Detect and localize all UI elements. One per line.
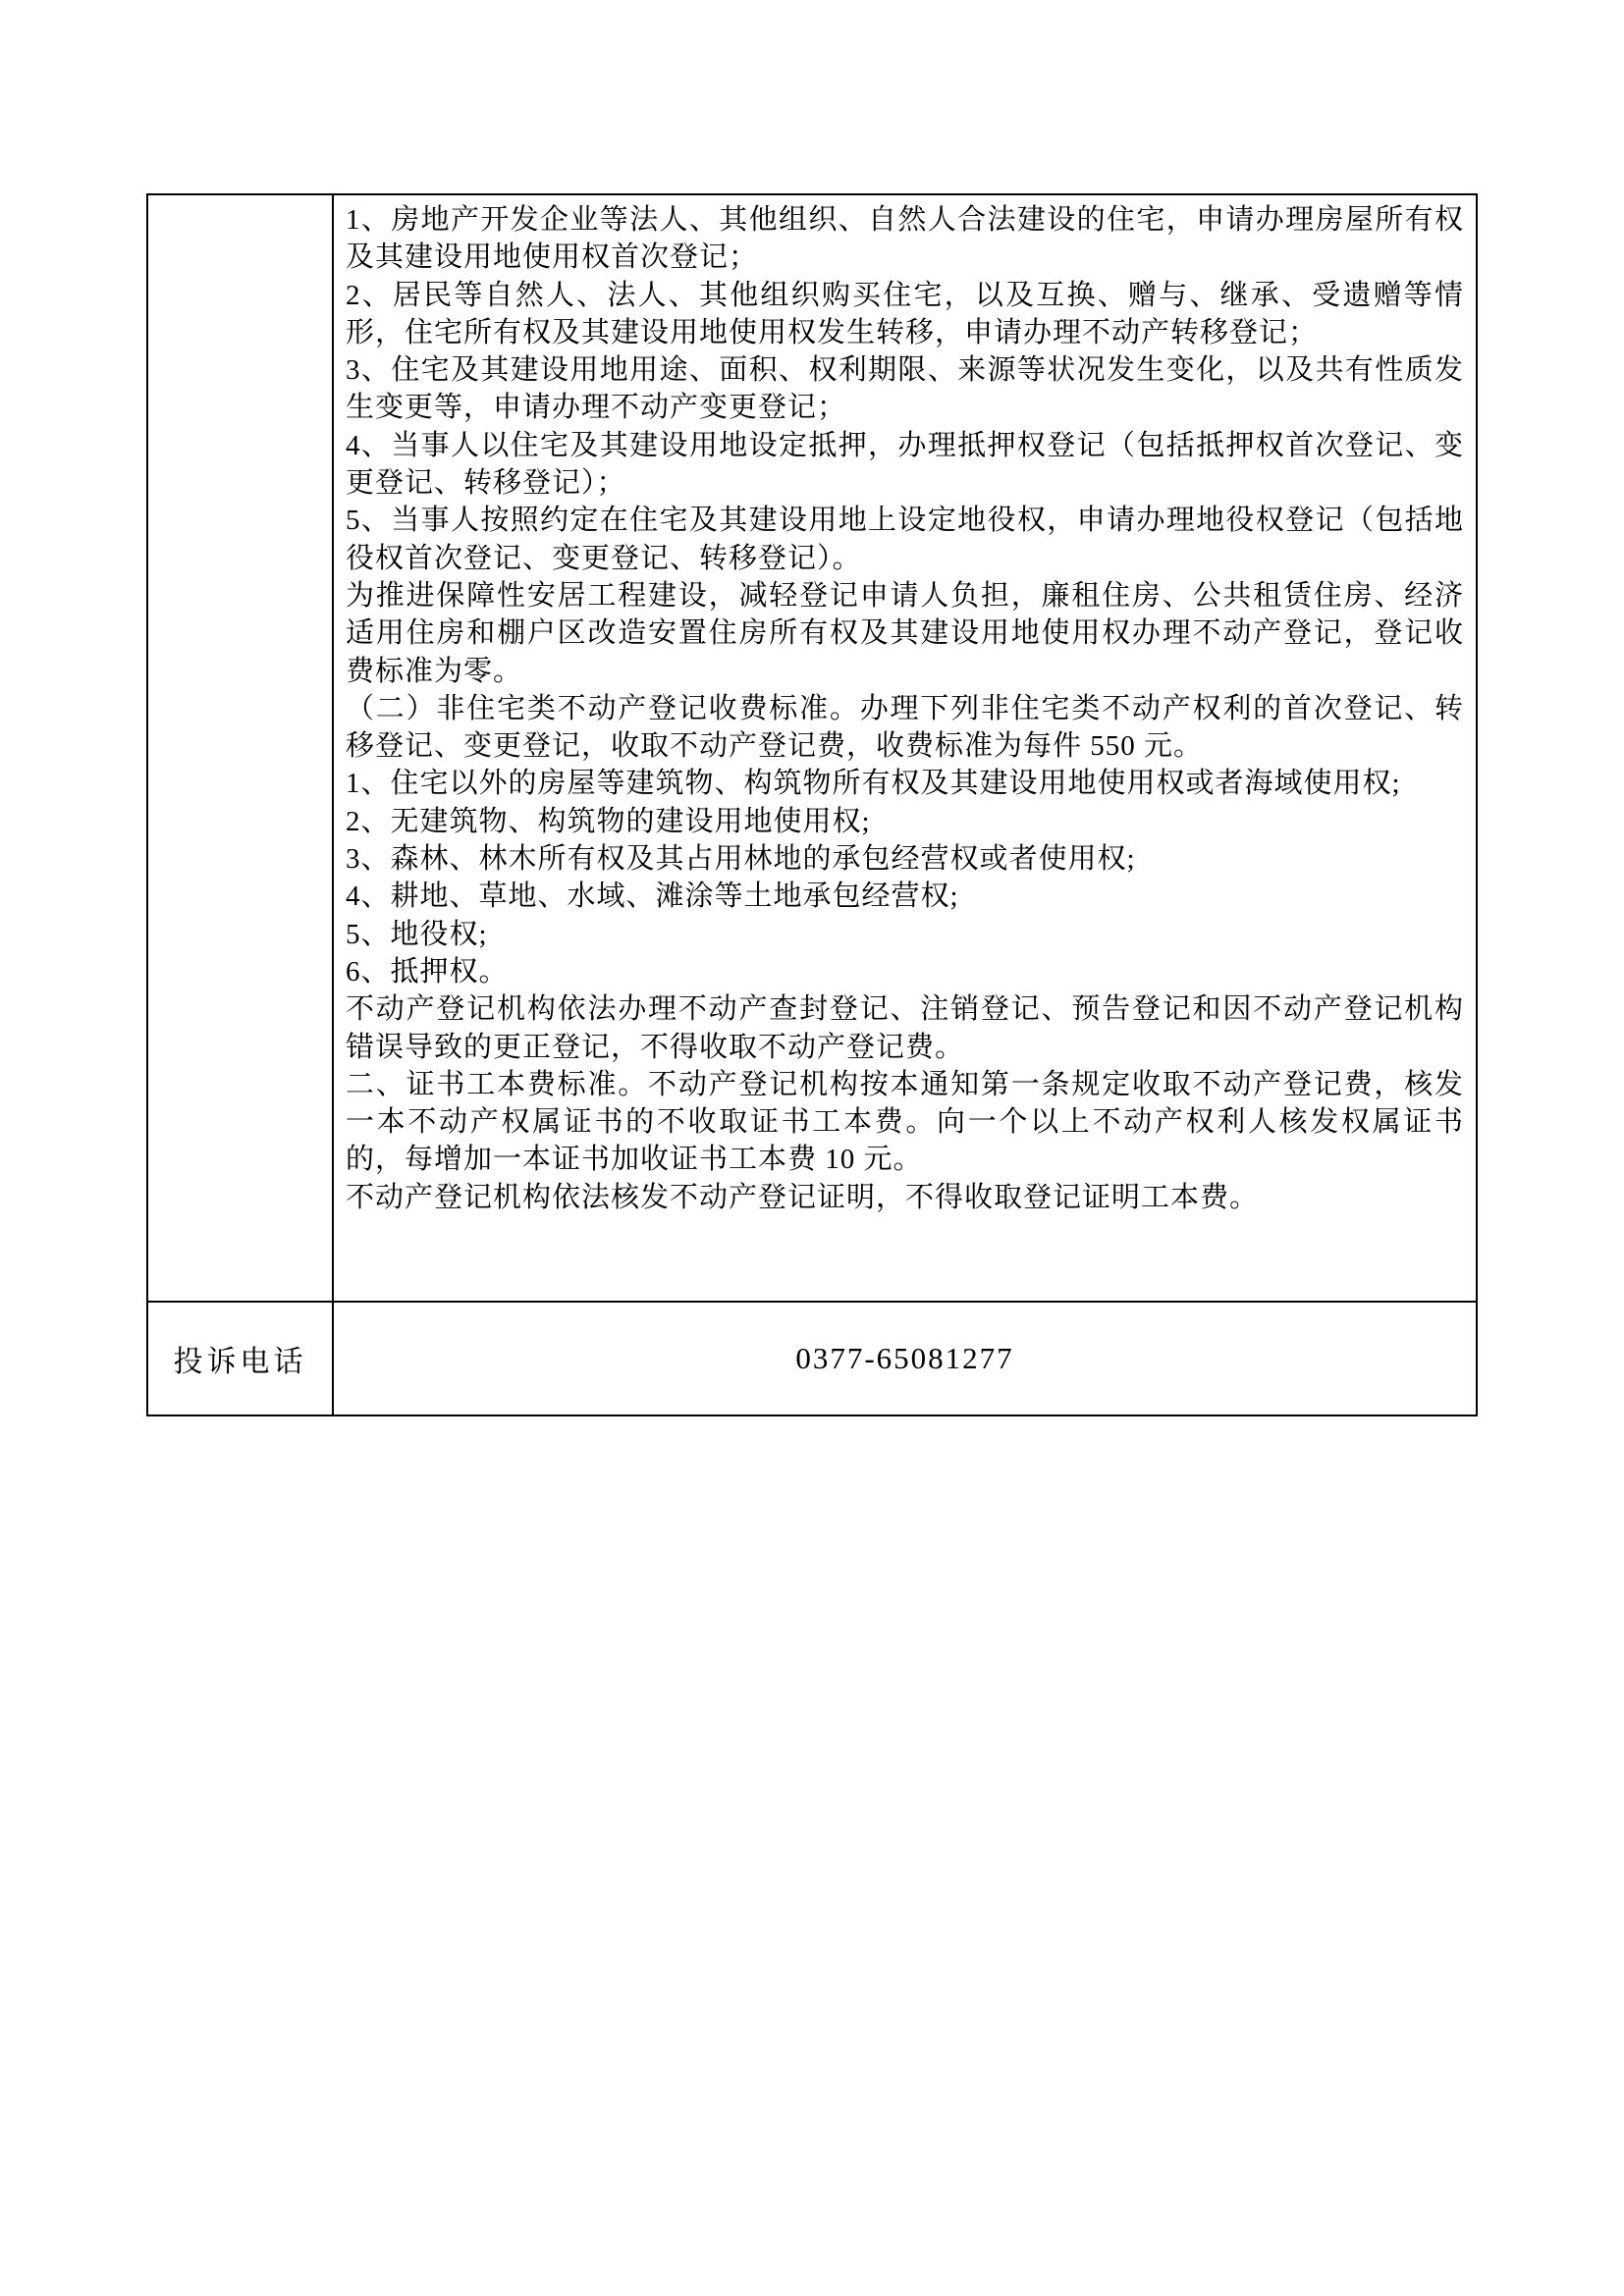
complaint-phone-row: 投诉电话 0377-65081277: [148, 1301, 1476, 1415]
policy-paragraph: 3、住宅及其建设用地用途、面积、权利期限、来源等状况发生变化，以及共有性质发生变…: [346, 351, 1464, 427]
policy-paragraph: 二、证书工本费标准。不动产登记机构按本通知第一条规定收取不动产登记费，核发一本不…: [346, 1066, 1464, 1179]
policy-paragraph: （二）非住宅类不动产登记收费标准。办理下列非住宅类不动产权利的首次登记、转移登记…: [346, 690, 1464, 766]
fee-standard-row-label-cell-empty: [148, 195, 334, 1301]
policy-paragraph: 1、住宅以外的房屋等建筑物、构筑物所有权及其建设用地使用权或者海域使用权;: [346, 765, 1464, 802]
policy-paragraph: 2、居民等自然人、法人、其他组织购买住宅，以及互换、赠与、继承、受遗赠等情形，住…: [346, 277, 1464, 352]
policy-paragraph: 2、无建筑物、构筑物的建设用地使用权;: [346, 803, 1464, 840]
complaint-phone-number: 0377-65081277: [334, 1303, 1476, 1415]
document-page: 1、房地产开发企业等法人、其他组织、自然人合法建设的住宅，申请办理房屋所有权及其…: [0, 0, 1624, 2296]
registration-fee-table: 1、房地产开发企业等法人、其他组织、自然人合法建设的住宅，申请办理房屋所有权及其…: [146, 193, 1478, 1416]
policy-paragraph: 5、当事人按照约定在住宅及其建设用地上设定地役权，申请办理地役权登记（包括地役权…: [346, 502, 1464, 577]
complaint-phone-label: 投诉电话: [148, 1303, 334, 1415]
policy-paragraph: 5、地役权;: [346, 916, 1464, 953]
policy-paragraph: 6、抵押权。: [346, 953, 1464, 990]
policy-paragraph: 4、耕地、草地、水域、滩涂等土地承包经营权;: [346, 878, 1464, 915]
policy-paragraph: 1、房地产开发企业等法人、其他组织、自然人合法建设的住宅，申请办理房屋所有权及其…: [346, 201, 1464, 277]
policy-paragraph: 不动产登记机构依法办理不动产查封登记、注销登记、预告登记和因不动产登记机构错误导…: [346, 990, 1464, 1066]
policy-paragraph: 4、当事人以住宅及其建设用地设定抵押，办理抵押权登记（包括抵押权首次登记、变更登…: [346, 427, 1464, 503]
fee-standard-row: 1、房地产开发企业等法人、其他组织、自然人合法建设的住宅，申请办理房屋所有权及其…: [148, 195, 1476, 1301]
policy-paragraph: 不动产登记机构依法核发不动产登记证明，不得收取登记证明工本费。: [346, 1179, 1464, 1216]
policy-paragraph: 为推进保障性安居工程建设，减轻登记申请人负担，廉租住房、公共租赁住房、经济适用住…: [346, 577, 1464, 690]
fee-standard-text-cell: 1、房地产开发企业等法人、其他组织、自然人合法建设的住宅，申请办理房屋所有权及其…: [334, 195, 1476, 1301]
policy-paragraph: 3、森林、林木所有权及其占用林地的承包经营权或者使用权;: [346, 840, 1464, 878]
